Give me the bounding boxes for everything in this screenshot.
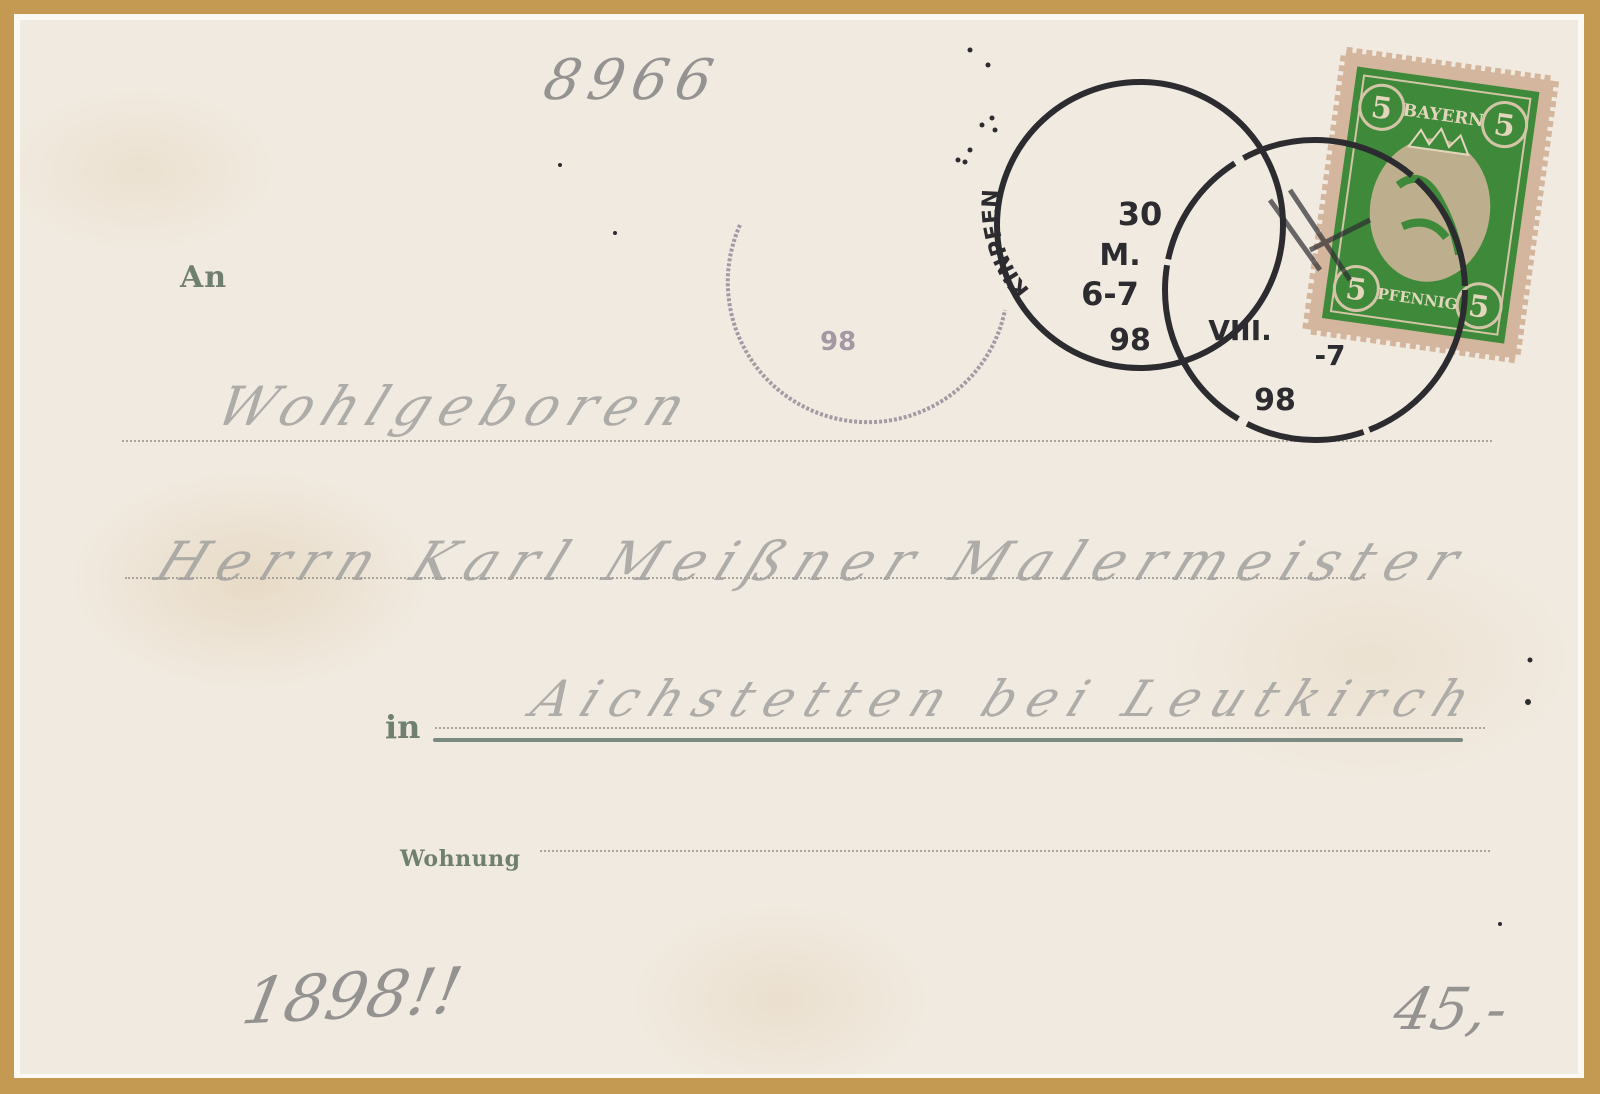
postmark-left-day: 30	[1118, 195, 1163, 233]
postmark-left-place: KINPFEN	[978, 189, 1034, 302]
arrival-postmark: 98	[728, 225, 1005, 422]
postmark-right-time: -7	[1314, 339, 1345, 372]
arrival-postmark-year: 98	[820, 327, 856, 357]
postmark-left-year: 98	[1109, 323, 1151, 358]
postmark-left-time: 6-7	[1081, 275, 1139, 313]
postcard: An in Wohnung 8966 Wohlgeboren Herrn Kar…	[20, 20, 1578, 1074]
postmark-right-month: VIII.	[1208, 314, 1272, 347]
postmark-right-year: 98	[1254, 383, 1296, 418]
postmark-left-month: M.	[1099, 238, 1140, 273]
bavaria-5-pfennig-stamp: 5 5 5 5 BAYERN PFENNIG	[1307, 52, 1554, 359]
stamp-and-postmarks: 98 5 5 5 5 BAYERN PFENNIG KINPFEN	[20, 20, 1578, 1074]
